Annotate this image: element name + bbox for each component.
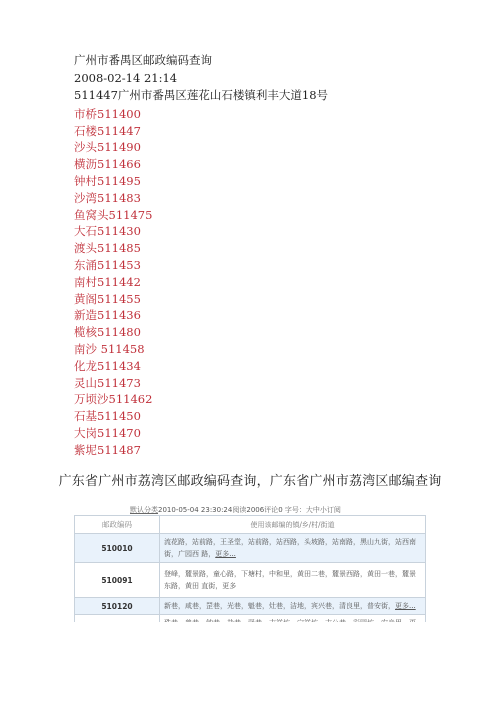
list-item: 南沙 511458 (74, 341, 328, 358)
postal-code: 510091 (75, 563, 160, 598)
header-streets: 使用该邮编的镇/乡/村/街道 (160, 516, 426, 534)
street-list: 流花路，站前路，王圣堂，站前路，站西路，头坡路，站南路，黑山九街，站西南街，广园… (164, 538, 416, 558)
font-size-label: 字号： (283, 506, 306, 514)
table-row: 510091 登峰，麓景路，童心路，下塘村，中和里，黄田二巷，麓景西路，黄田一巷… (75, 563, 426, 598)
list-item: 市桥511400 (74, 106, 328, 123)
list-item: 渡头511485 (74, 240, 328, 257)
subscribe-link[interactable]: 订阅 (327, 506, 341, 514)
list-item: 大岗511470 (74, 425, 328, 442)
more-link[interactable]: 更多... (215, 550, 236, 558)
list-item: 东涌511453 (74, 257, 328, 274)
article-datetime: 2010-05-04 23:30:24 (158, 506, 232, 514)
table-row: 510120 新巷，咸巷，罡巷，光巷，魁巷，灶巷，洁地，宾兴巷，清良里，普安街，… (75, 598, 426, 615)
list-item: 石基511450 (74, 408, 328, 425)
list-item: 横沥511466 (74, 156, 328, 173)
list-item: 万顷沙511462 (74, 391, 328, 408)
post-address: 511447广州市番禺区莲花山石楼镇利丰大道18号 (74, 87, 328, 105)
read-label: 阅读 (232, 506, 246, 514)
list-item: 石楼511447 (74, 123, 328, 140)
more-link[interactable]: 更多 (222, 582, 236, 590)
article-title: 广东省广州市荔湾区邮政编码查询，广东省广州市荔湾区邮编查询 (0, 470, 500, 489)
list-item: 南村511442 (74, 274, 328, 291)
list-item: 新造511436 (74, 307, 328, 324)
table-header-row: 邮政编码 使用该邮编的镇/乡/村/街道 (75, 516, 426, 534)
postal-code-list: 市桥511400 石楼511447 沙头511490 横沥511466 钟村51… (74, 106, 328, 459)
list-item: 黄阁511455 (74, 291, 328, 308)
category-link[interactable]: 默认分类 (130, 506, 158, 514)
list-item: 紫坭511487 (74, 442, 328, 459)
header-code: 邮政编码 (75, 516, 160, 534)
street-list: 登峰，麓景路，童心路，下塘村，中和里，黄田二巷，麓景西路，黄田一巷，麓景东路，黄… (164, 570, 416, 590)
list-item: 鱼窝头511475 (74, 207, 328, 224)
font-size-options[interactable]: 大中小 (306, 506, 327, 514)
post-datetime: 2008-02-14 21:14 (74, 70, 328, 88)
page-bottom-blank (0, 622, 500, 707)
list-item: 榄核511480 (74, 324, 328, 341)
table-row: 510010 流花路，站前路，王圣堂，站前路，站西路，头坡路，站南路，黑山九街，… (75, 534, 426, 563)
more-link[interactable]: 更多... (395, 602, 416, 610)
read-count: 2006 (246, 506, 264, 514)
post-header: 广州市番禺区邮政编码查询 2008-02-14 21:14 511447广州市番… (74, 52, 328, 459)
post-title: 广州市番禺区邮政编码查询 (74, 52, 328, 70)
list-item: 沙湾511483 (74, 190, 328, 207)
list-item: 化龙511434 (74, 358, 328, 375)
list-item: 沙头511490 (74, 139, 328, 156)
article-meta: 默认分类2010-05-04 23:30:24阅读2006评论0 字号：大中小订… (130, 505, 341, 515)
street-list: 新巷，咸巷，罡巷，光巷，魁巷，灶巷，洁地，宾兴巷，清良里，普安街， (164, 602, 395, 610)
list-item: 大石511430 (74, 223, 328, 240)
comment-label: 评论 (264, 506, 278, 514)
postal-code: 510010 (75, 534, 160, 563)
list-item: 钟村511495 (74, 173, 328, 190)
postal-code: 510120 (75, 598, 160, 615)
list-item: 灵山511473 (74, 375, 328, 392)
